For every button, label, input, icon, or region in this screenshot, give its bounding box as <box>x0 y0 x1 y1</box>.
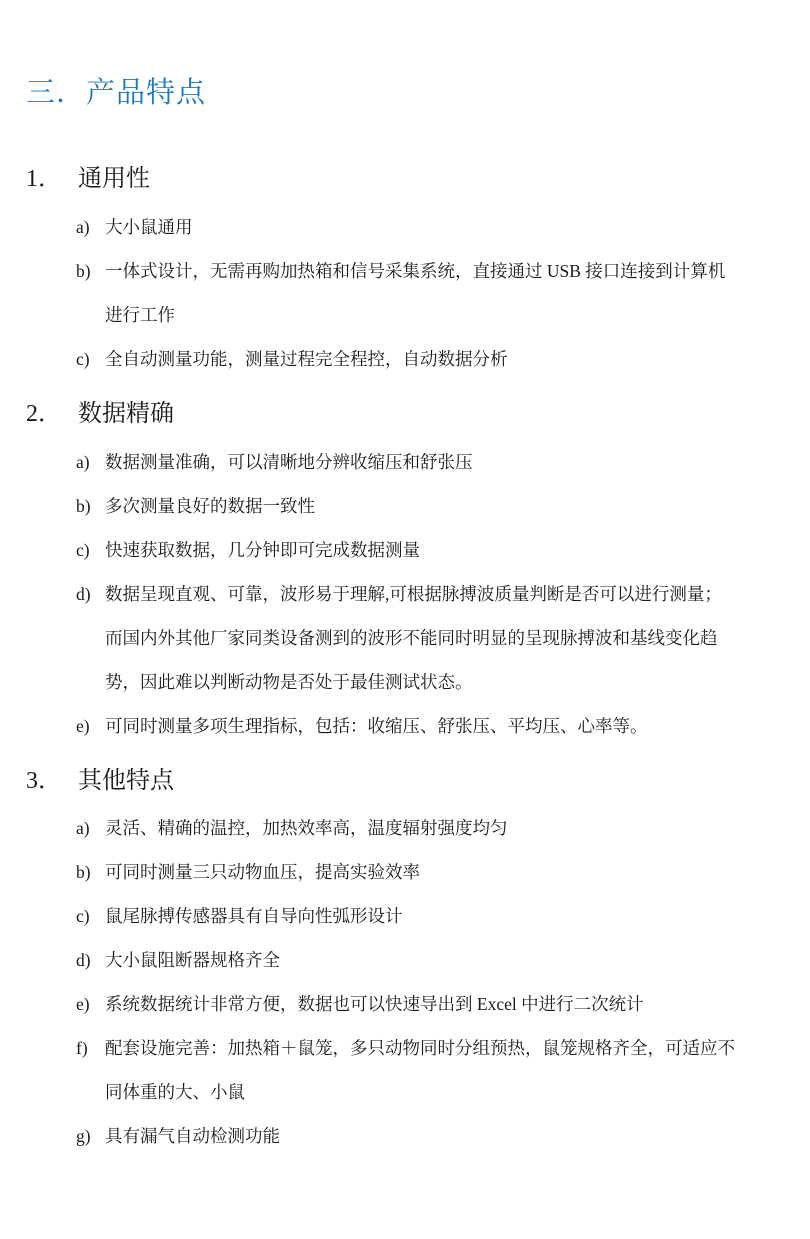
list-item: d)大小鼠阻断器规格齐全 <box>76 947 810 972</box>
list-item: g)具有漏气自动检测功能 <box>76 1123 810 1148</box>
section-number: 2． <box>26 393 78 428</box>
item-text: 可同时测量多项生理指标，包括：收缩压、舒张压、平均压、心率等。 <box>105 716 648 736</box>
item-marker: c) <box>76 906 105 927</box>
item-marker: c) <box>76 349 105 370</box>
list-item-continuation: 进行工作 <box>105 302 810 327</box>
list-item: b)一体式设计，无需再购加热箱和信号采集系统，直接通过 USB 接口连接到计算机 <box>76 258 810 283</box>
section-heading-general: 1．通用性 <box>26 158 150 193</box>
list-item: e)系统数据统计非常方便，数据也可以快速导出到 Excel 中进行二次统计 <box>76 991 810 1016</box>
item-text: 数据呈现直观、可靠，波形易于理解,可根据脉搏波质量判断是否可以进行测量； <box>105 584 722 604</box>
list-item-continuation: 而国内外其他厂家同类设备测到的波形不能同时明显的呈现脉搏波和基线变化趋 <box>105 625 810 650</box>
section-number: 1． <box>26 158 78 193</box>
page-title: 三．产品特点 <box>26 70 206 111</box>
section-title: 数据精确 <box>78 401 174 427</box>
list-item: d)数据呈现直观、可靠，波形易于理解,可根据脉搏波质量判断是否可以进行测量； <box>76 581 810 606</box>
item-marker: e) <box>76 716 105 737</box>
item-text: 全自动测量功能，测量过程完全程控，自动数据分析 <box>105 349 508 369</box>
item-text: 配套设施完善：加热箱＋鼠笼，多只动物同时分组预热，鼠笼规格齐全，可适应不 <box>105 1038 735 1058</box>
list-item: f)配套设施完善：加热箱＋鼠笼，多只动物同时分组预热，鼠笼规格齐全，可适应不 <box>76 1035 810 1060</box>
item-marker: a) <box>76 818 105 839</box>
item-marker: g) <box>76 1126 105 1147</box>
list-item: c)鼠尾脉搏传感器具有自导向性弧形设计 <box>76 903 810 928</box>
item-marker: d) <box>76 584 105 605</box>
item-text: 灵活、精确的温控，加热效率高，温度辐射强度均匀 <box>105 818 508 838</box>
list-item: c)全自动测量功能，测量过程完全程控，自动数据分析 <box>76 346 810 371</box>
item-text: 大小鼠通用 <box>105 217 193 237</box>
item-text: 可同时测量三只动物血压，提高实验效率 <box>105 862 420 882</box>
list-item: e)可同时测量多项生理指标，包括：收缩压、舒张压、平均压、心率等。 <box>76 713 810 738</box>
item-marker: c) <box>76 540 105 561</box>
section-title: 通用性 <box>78 166 150 192</box>
item-marker: a) <box>76 452 105 473</box>
list-item: b)可同时测量三只动物血压，提高实验效率 <box>76 859 810 884</box>
list-item-continuation: 势，因此难以判断动物是否处于最佳测试状态。 <box>105 669 810 694</box>
item-text: 具有漏气自动检测功能 <box>105 1126 280 1146</box>
item-text: 快速获取数据，几分钟即可完成数据测量 <box>105 540 420 560</box>
item-marker: f) <box>76 1038 105 1059</box>
item-marker: b) <box>76 862 105 883</box>
item-text: 一体式设计，无需再购加热箱和信号采集系统，直接通过 USB 接口连接到计算机 <box>105 261 725 281</box>
section-title: 其他特点 <box>78 768 174 794</box>
section-number: 3． <box>26 760 78 795</box>
list-item: c)快速获取数据，几分钟即可完成数据测量 <box>76 537 810 562</box>
item-text: 鼠尾脉搏传感器具有自导向性弧形设计 <box>105 906 403 926</box>
item-marker: b) <box>76 496 105 517</box>
list-item: a)大小鼠通用 <box>76 214 810 239</box>
item-marker: e) <box>76 994 105 1015</box>
section-heading-other: 3．其他特点 <box>26 760 174 795</box>
item-text: 多次测量良好的数据一致性 <box>105 496 315 516</box>
item-text: 大小鼠阻断器规格齐全 <box>105 950 280 970</box>
item-marker: b) <box>76 261 105 282</box>
item-marker: a) <box>76 217 105 238</box>
section-heading-accuracy: 2．数据精确 <box>26 393 174 428</box>
list-item: a)灵活、精确的温控，加热效率高，温度辐射强度均匀 <box>76 815 810 840</box>
list-item: b)多次测量良好的数据一致性 <box>76 493 810 518</box>
item-marker: d) <box>76 950 105 971</box>
item-text: 数据测量准确，可以清晰地分辨收缩压和舒张压 <box>105 452 473 472</box>
list-item-continuation: 同体重的大、小鼠 <box>105 1079 810 1104</box>
list-item: a)数据测量准确，可以清晰地分辨收缩压和舒张压 <box>76 449 810 474</box>
item-text: 系统数据统计非常方便，数据也可以快速导出到 Excel 中进行二次统计 <box>105 994 644 1014</box>
